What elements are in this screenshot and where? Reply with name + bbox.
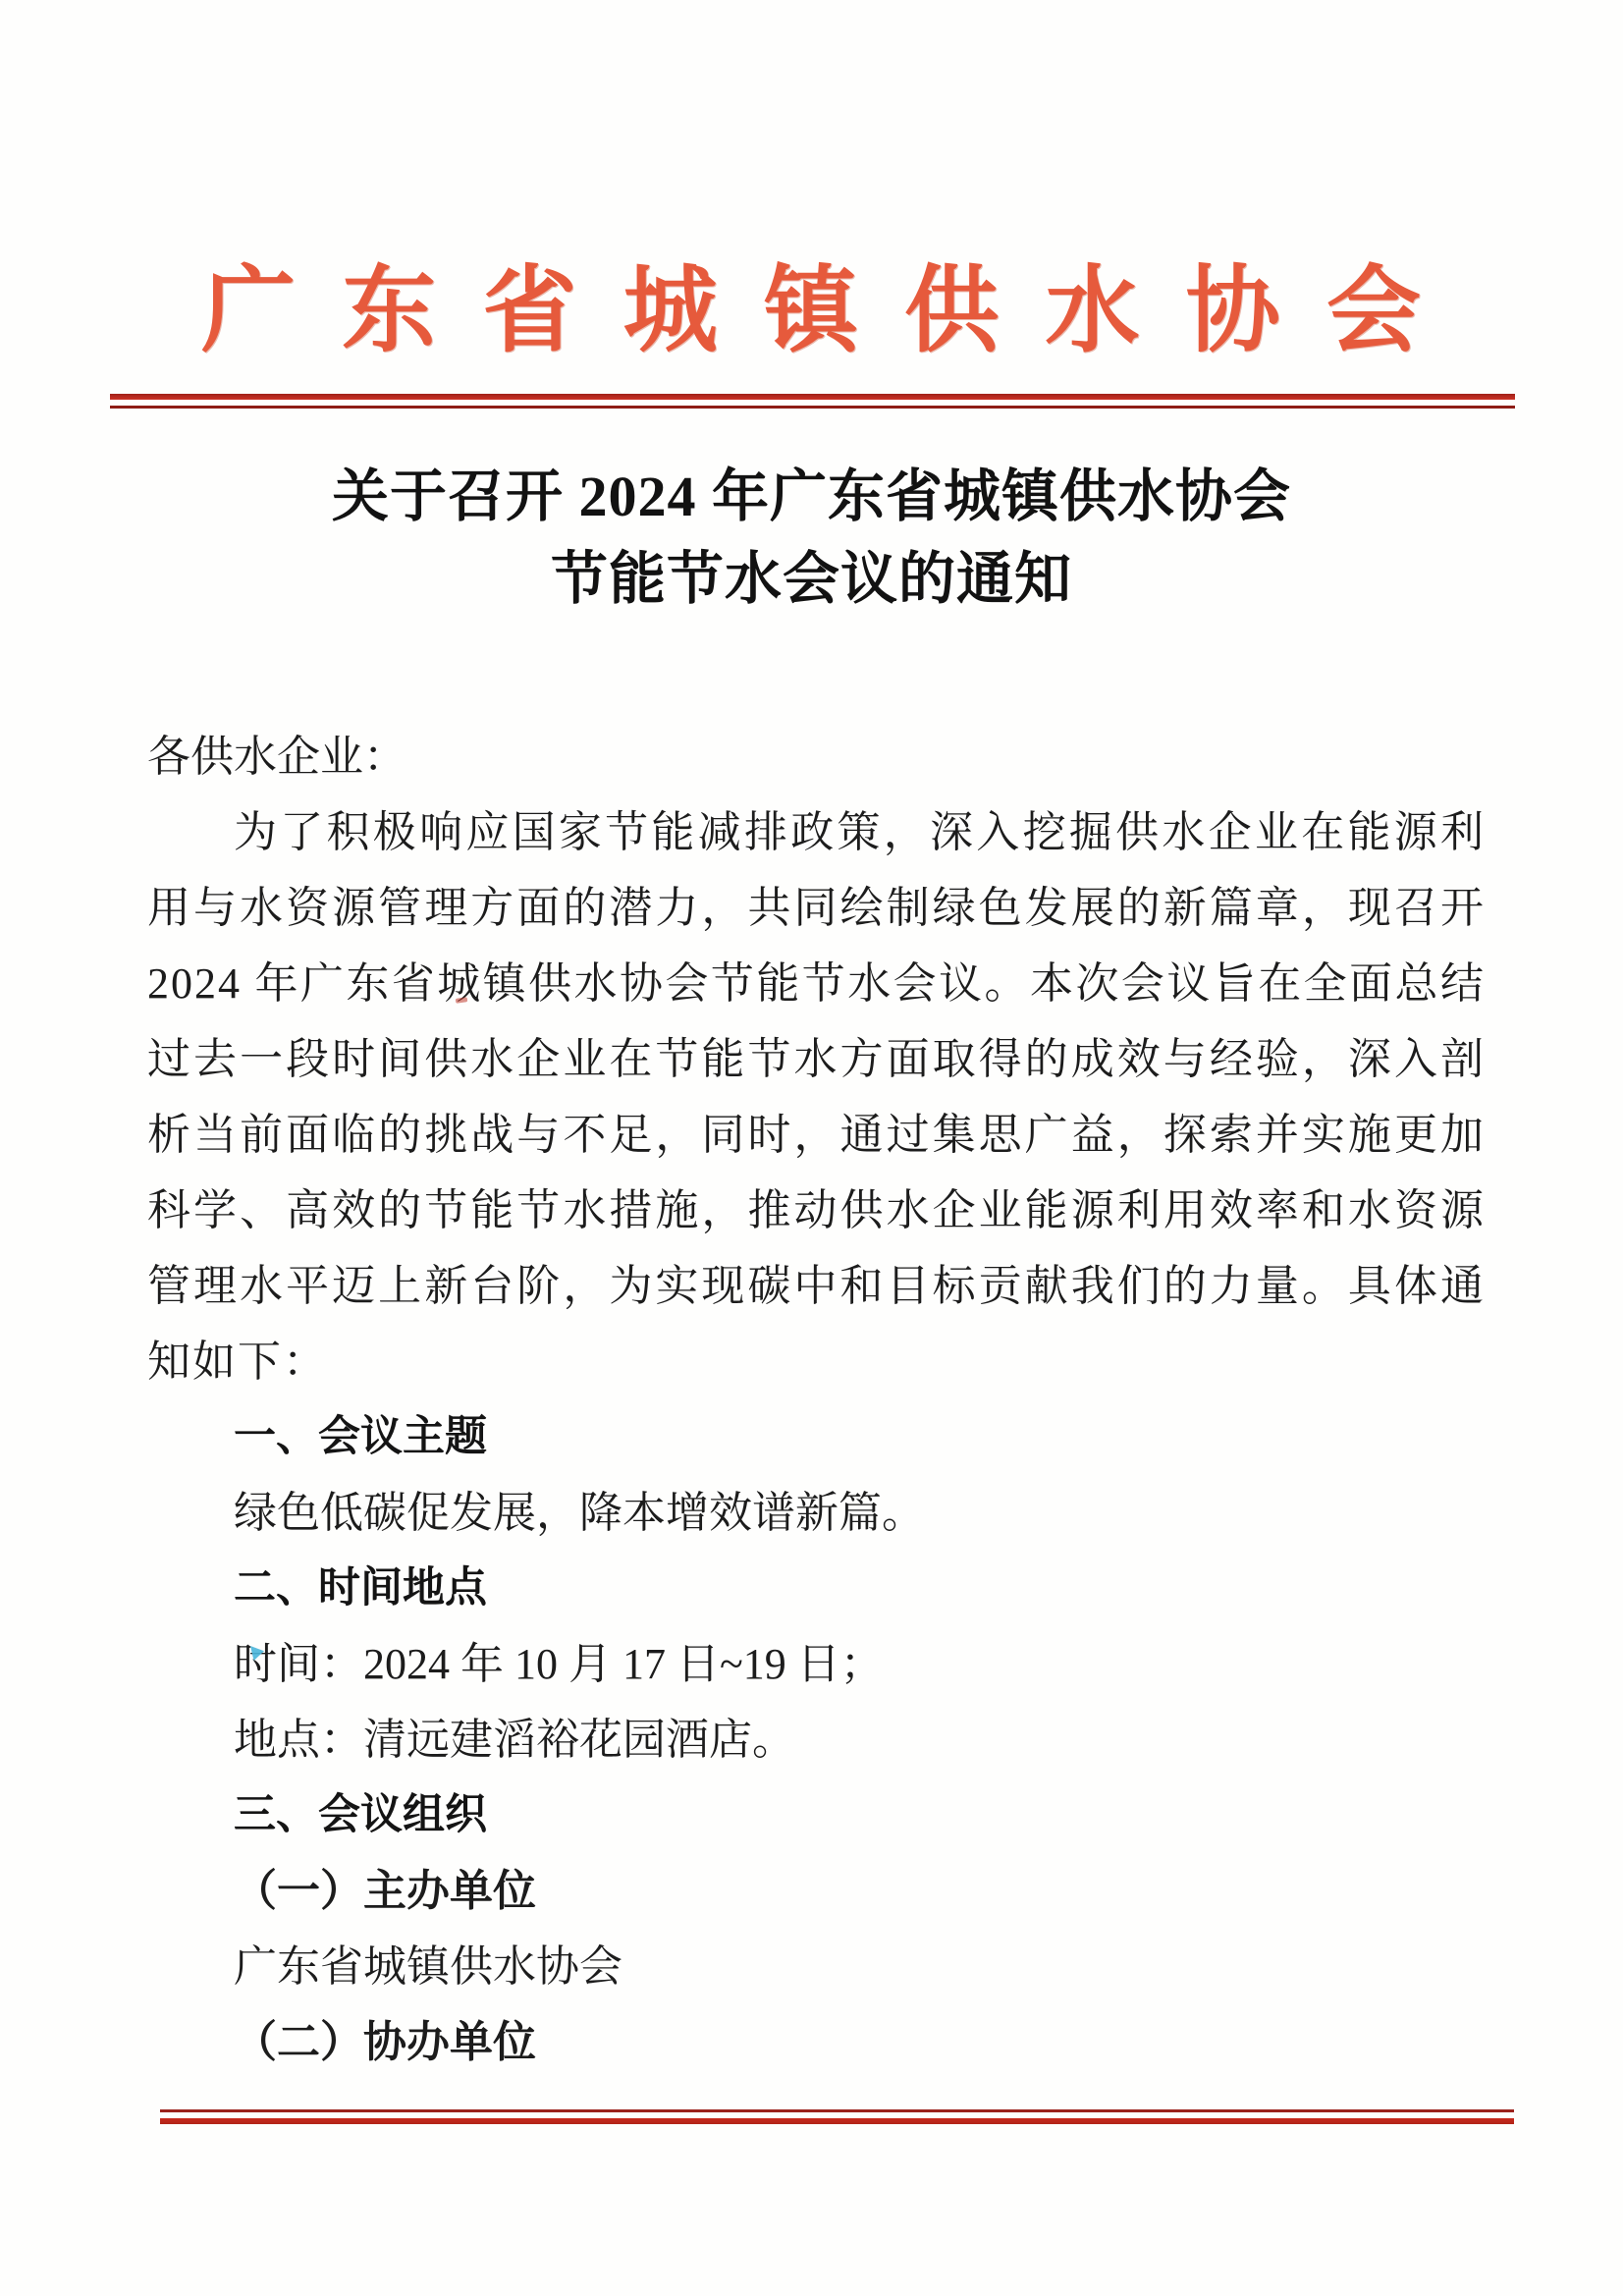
section-text-time: 时间：2024 年 10 月 17 日~19 日； — [147, 1626, 1486, 1702]
section-heading-time-place: 二、时间地点 — [147, 1551, 1486, 1626]
section-heading-organization: 三、会议组织 — [147, 1777, 1486, 1853]
subsection-heading-host-unit: （一）主办单位 — [147, 1853, 1486, 1929]
notice-title-line1: 关于召开 2024 年广东省城镇供水协会 — [0, 456, 1623, 538]
footer-rule-bottom-line — [160, 2118, 1514, 2124]
salutation-text: 各供水企业： — [147, 719, 1486, 794]
letterhead-title: 广 东 省 城 镇 供 水 协 会 — [201, 0, 1421, 368]
notice-body: 各供水企业： 为了积极响应国家节能减排政策，深入挖掘供水企业在能源利用与水资源管… — [147, 719, 1486, 2080]
intro-paragraph: 为了积极响应国家节能减排政策，深入挖掘供水企业在能源利用与水资源管理方面的潜力，… — [147, 794, 1486, 1399]
section-text-meeting-theme: 绿色低碳促发展，降本增效谱新篇。 — [147, 1475, 1486, 1551]
notice-title: 关于召开 2024 年广东省城镇供水协会 节能节水会议的通知 — [0, 456, 1623, 621]
header-rule — [110, 394, 1515, 409]
document-page: 广 东 省 城 镇 供 水 协 会 关于召开 2024 年广东省城镇供水协会 节… — [0, 0, 1623, 2296]
section-text-place: 地点：清远建滔裕花园酒店。 — [147, 1702, 1486, 1777]
notice-title-line2: 节能节水会议的通知 — [0, 538, 1623, 621]
subsection-heading-co-organizer: （二）协办单位 — [147, 2004, 1486, 2080]
footer-rule — [160, 2109, 1514, 2124]
section-heading-meeting-theme: 一、会议主题 — [147, 1399, 1486, 1475]
header-rule-bottom-line — [110, 406, 1515, 409]
section-text-host-name: 广东省城镇供水协会 — [147, 1929, 1486, 2004]
